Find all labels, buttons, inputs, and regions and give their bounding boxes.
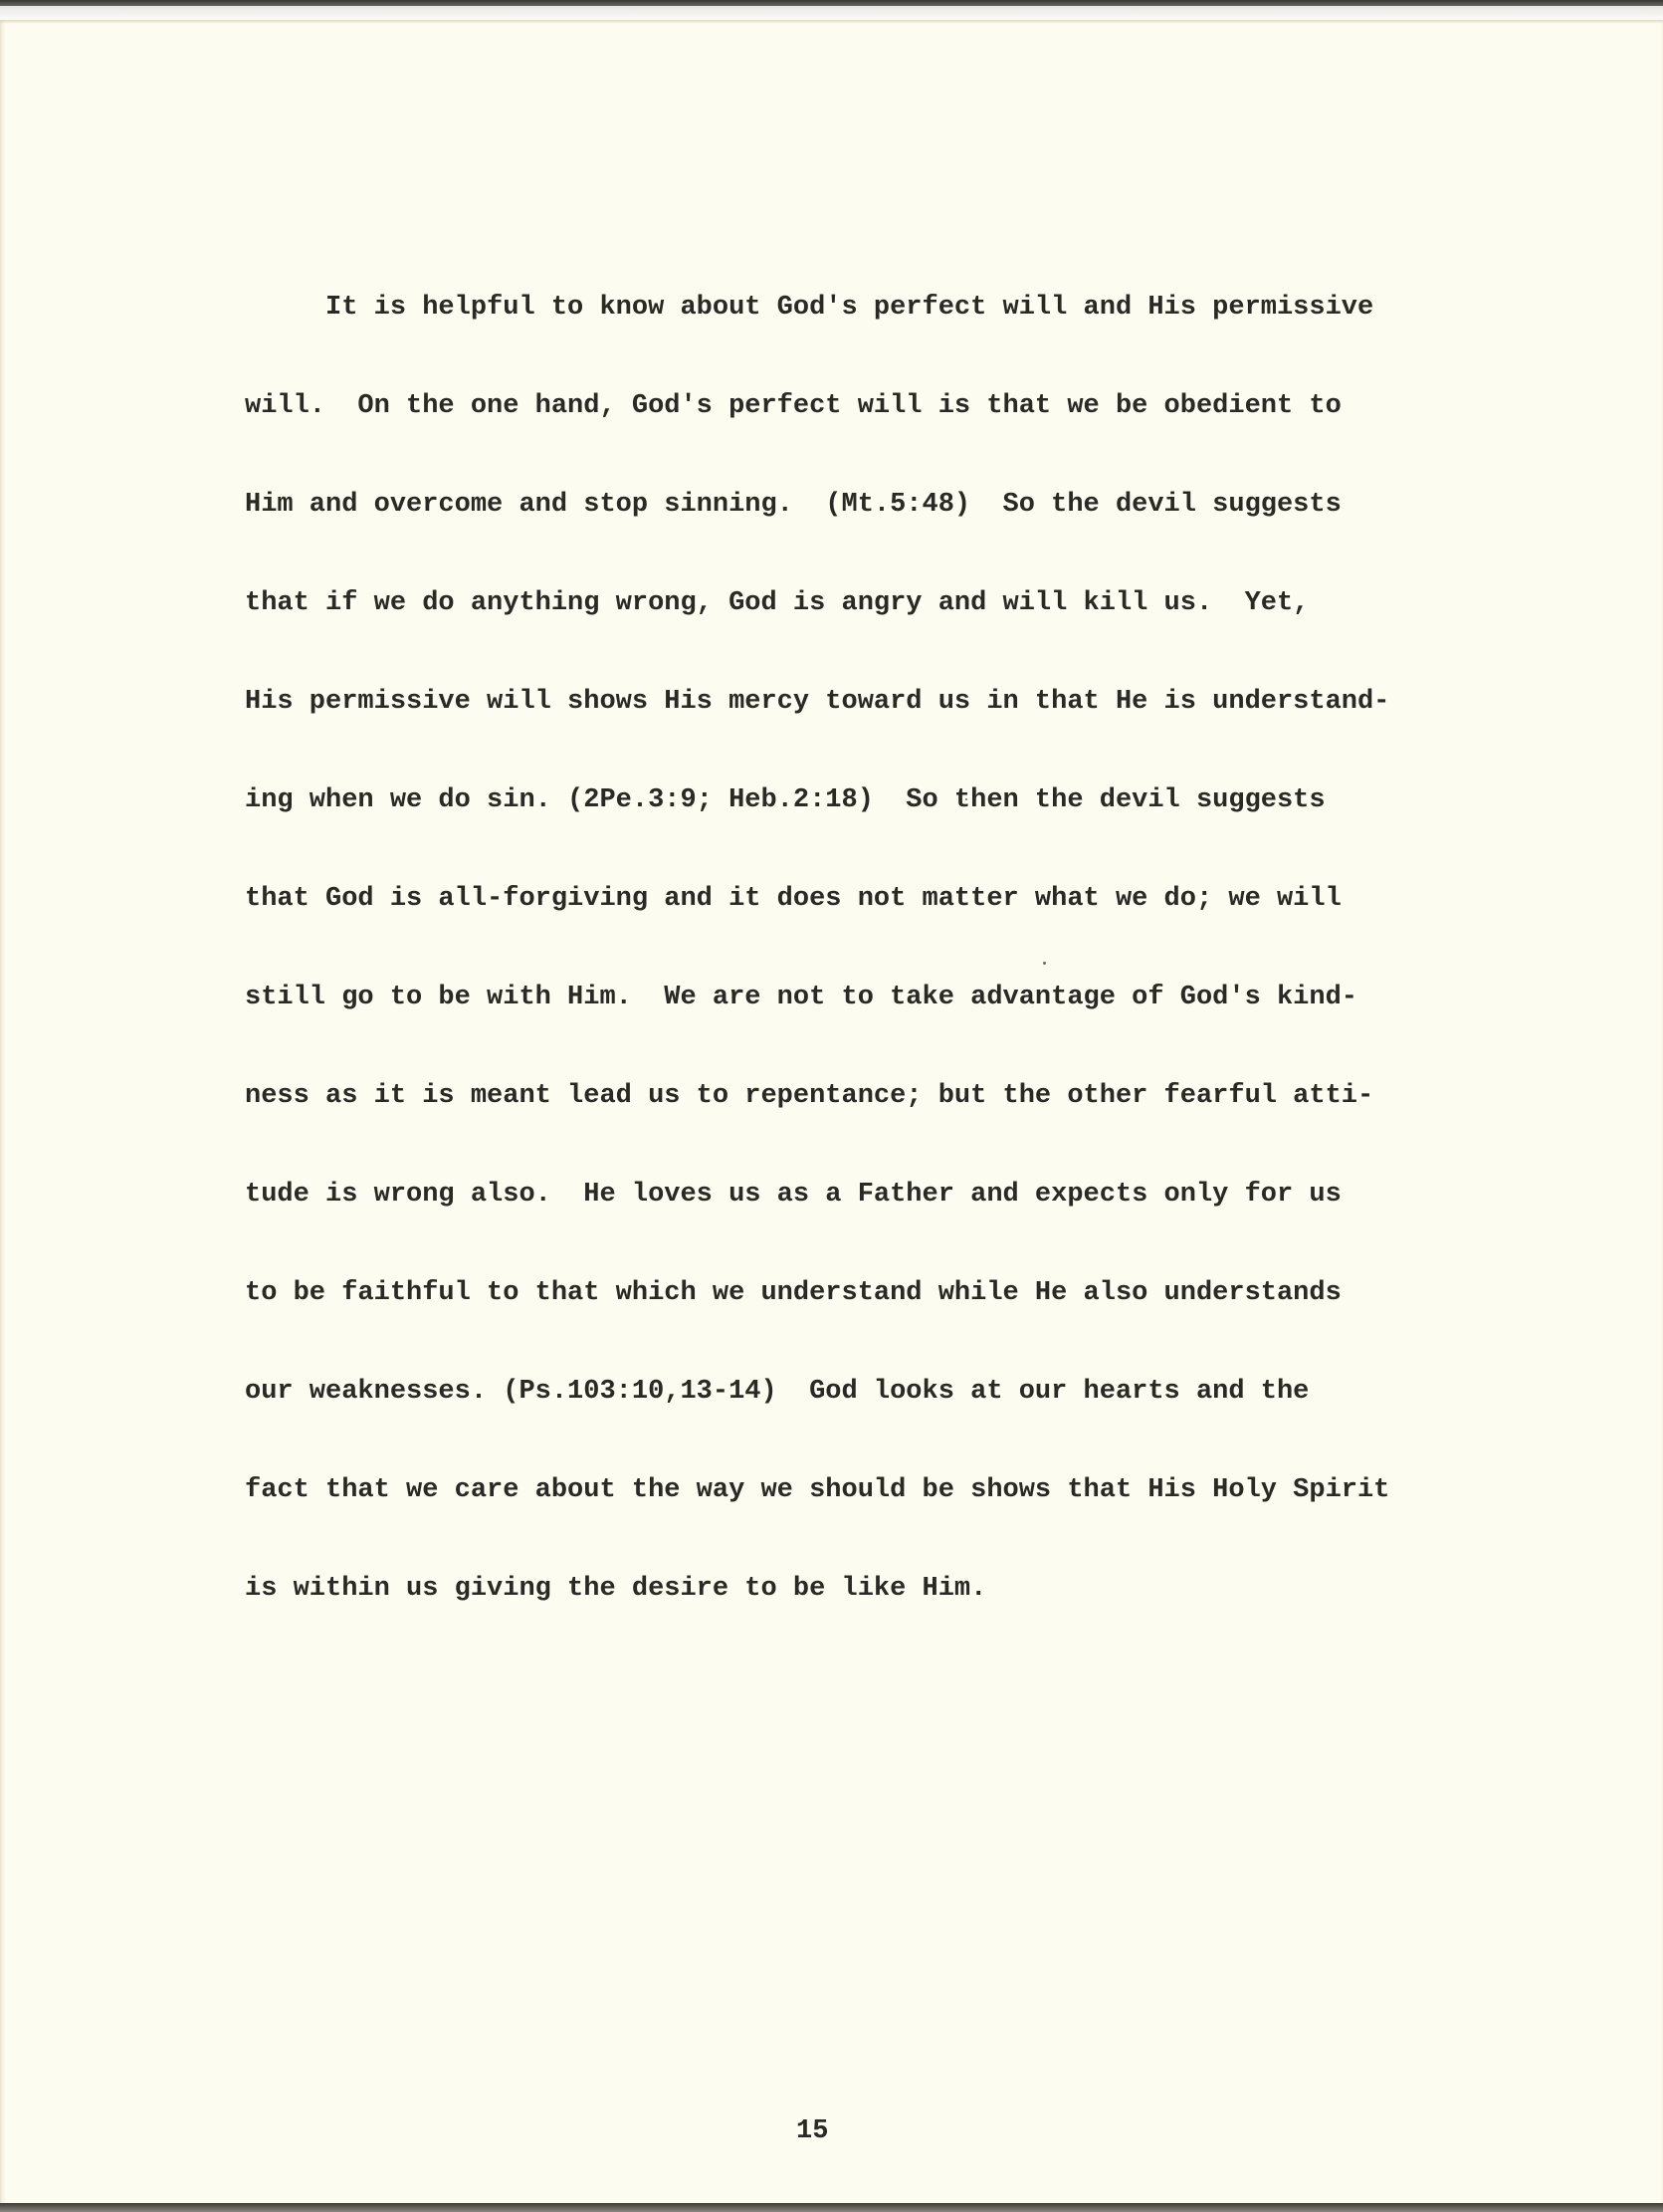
paragraph-line: is within us giving the desire to be lik… — [245, 1573, 1439, 1606]
scan-bottom-edge — [0, 2203, 1663, 2212]
paragraph-line: to be faithful to that which we understa… — [245, 1277, 1439, 1310]
body-paragraph: It is helpful to know about God's perfec… — [245, 226, 1439, 1639]
paragraph-line: that if we do anything wrong, God is ang… — [245, 587, 1439, 620]
paragraph-line: our weaknesses. (Ps.103:10,13-14) God lo… — [245, 1376, 1439, 1409]
paragraph-line: still go to be with Him. We are not to t… — [245, 982, 1439, 1014]
scan-glass-margin — [0, 6, 1663, 20]
paragraph-line: His permissive will shows His mercy towa… — [245, 686, 1439, 719]
paragraph-line: It is helpful to know about God's perfec… — [245, 292, 1439, 325]
paragraph-line: will. On the one hand, God's perfect wil… — [245, 390, 1439, 423]
paragraph-line: ness as it is meant lead us to repentanc… — [245, 1080, 1439, 1113]
paragraph-line: fact that we care about the way we shoul… — [245, 1474, 1439, 1507]
page-number: 15 — [796, 2116, 828, 2146]
paragraph-line: Him and overcome and stop sinning. (Mt.5… — [245, 489, 1439, 522]
paragraph-line: tude is wrong also. He loves us as a Fat… — [245, 1179, 1439, 1212]
paragraph-line: ing when we do sin. (2Pe.3:9; Heb.2:18) … — [245, 784, 1439, 817]
paragraph-line: that God is all-forgiving and it does no… — [245, 883, 1439, 916]
